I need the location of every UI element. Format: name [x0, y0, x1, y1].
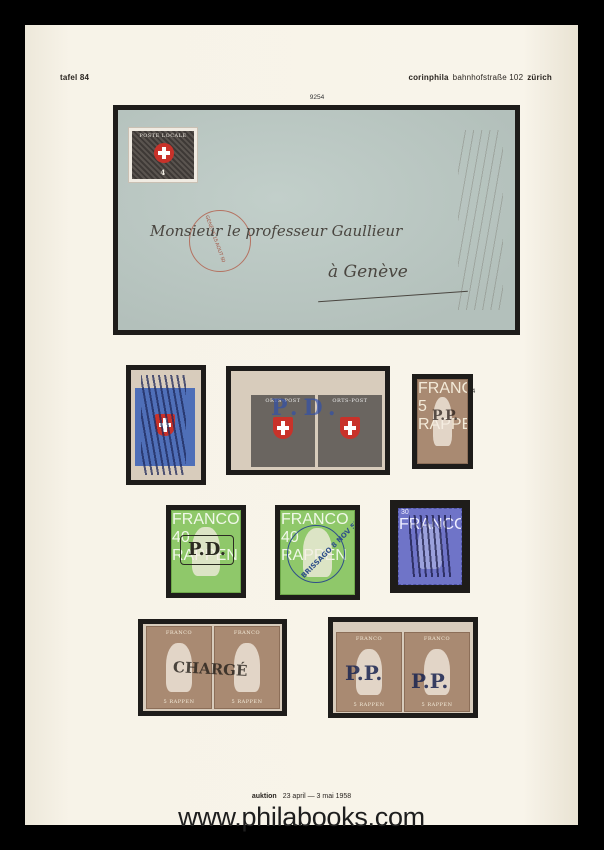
- auction-date-range: 23 april — 3 mai 1958: [283, 793, 351, 800]
- pd-cancel: P.D.: [271, 395, 342, 421]
- address: bahnhofstraße 102: [453, 73, 524, 82]
- lot-9279-pair: ORTS-POST ORTS-POST P.D.: [226, 366, 390, 475]
- publisher-line: corinphilabahnhofstraße 102zürich: [408, 73, 552, 82]
- address-line-2: à Genève: [328, 262, 408, 282]
- swiss-cross-icon: [340, 417, 360, 439]
- strubel-stamp-left: FRANCO P.P. 5 RAPPEN: [336, 632, 402, 712]
- pp-cancel: P.P.: [432, 408, 458, 424]
- lot-9559-stamp: 30 FRANCO: [390, 500, 470, 593]
- address-line-1: Monsieur le professeur Gaullieur: [150, 222, 402, 240]
- lot-9254-cover: POSTE LOCALE 4 GENÈVE 15 AOUT 50 Monsieu…: [113, 105, 520, 335]
- poste-locale-stamp: POSTE LOCALE 4: [128, 127, 198, 183]
- pp-cancel: P.P.: [345, 661, 382, 685]
- pd-boxed-cancel: P.D.: [180, 535, 234, 565]
- strubel-stamp-green: FRANCO P.D. 40 RAPPEN: [171, 510, 241, 593]
- stamp-value: 4: [129, 168, 197, 177]
- city: zürich: [527, 73, 552, 82]
- strubel-stamp: FRANCO P.P. 5 RAPPEN: [417, 379, 468, 464]
- strubel-stamp-green: FRANCO BRISSAGO 8 NOV 57 40 RAPPEN: [280, 510, 355, 595]
- handwriting-notes: [458, 130, 503, 310]
- catalog-page: tafel 84 corinphilabahnhofstraße 102züri…: [25, 25, 578, 825]
- strubel-stamp-right: FRANCO P.P. 5 RAPPEN: [404, 632, 470, 712]
- bar-cancel: [141, 375, 186, 475]
- brissago-postmark: [287, 525, 345, 583]
- swiss-cross-icon: [154, 143, 174, 163]
- lot-9434-stamp: FRANCO P.P. 5 RAPPEN: [412, 374, 473, 469]
- pp-cancel: P.P.: [411, 669, 448, 693]
- auction-dates: auktion23 april — 3 mai 1958: [25, 793, 578, 800]
- lot-9439-pair: FRANCO P.P. 5 RAPPEN FRANCO P.P. 5 RAPPE…: [328, 617, 478, 718]
- lot-9481-stamp: FRANCO BRISSAGO 8 NOV 57 40 RAPPEN: [275, 505, 360, 600]
- auction-label: auktion: [252, 793, 277, 800]
- charge-cancel: CHARGÉ: [173, 658, 248, 680]
- lot-9370-stamp: [126, 365, 206, 485]
- cover-envelope: POSTE LOCALE 4 GENÈVE 15 AOUT 50 Monsieu…: [118, 110, 515, 330]
- lot-number: 9254: [310, 94, 324, 101]
- bar-cancel: [409, 515, 451, 577]
- watermark-url: www.philabooks.com: [25, 802, 578, 833]
- plate-number: tafel 84: [60, 73, 89, 82]
- company-name: corinphila: [408, 73, 448, 82]
- sitting-helvetia-stamp: 30 FRANCO: [398, 508, 462, 585]
- lot-9452-stamp: FRANCO P.D. 40 RAPPEN: [166, 505, 246, 598]
- stamp-label: POSTE LOCALE: [129, 133, 197, 139]
- lot-9438-pair: FRANCO 5 RAPPEN FRANCO 5 RAPPEN CHARGÉ: [138, 619, 287, 716]
